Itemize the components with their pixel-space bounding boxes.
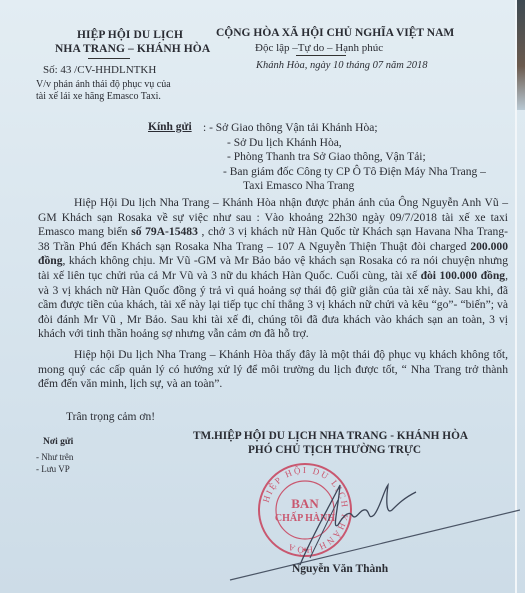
recipient-item: - Phòng Thanh tra Sở Giao thông, Vận Tải… [203, 150, 486, 165]
reference-number: Số: 43 /CV-HHDLNTKH [43, 64, 156, 76]
body-paragraph-1: Hiệp Hội Du lịch Nha Trang – Khánh Hòa n… [38, 196, 508, 342]
letter-body: Hiệp Hội Du lịch Nha Trang – Khánh Hòa n… [38, 196, 508, 398]
cc-item: - Như trên [36, 451, 73, 463]
org-line-1: HIỆP HỘI DU LỊCH [55, 28, 205, 42]
cc-list: - Như trên - Lưu VP [36, 451, 73, 475]
org-line-2: NHA TRANG – KHÁNH HÒA [55, 42, 205, 56]
org-divider [88, 58, 130, 59]
signature-role: PHÓ CHỦ TỊCH THƯỜNG TRỰC [248, 444, 421, 456]
recipients-list: : - Sở Giao thông Vận tải Khánh Hòa; - S… [203, 121, 486, 194]
recipient-item: - Ban giám đốc Công ty CP Ô Tô Điện Máy … [203, 165, 486, 180]
background-edge [517, 0, 525, 110]
recipient-item: - Sở Du lịch Khánh Hòa, [203, 136, 486, 151]
recipient-item: : - Sở Giao thông Vận tải Khánh Hòa; [203, 121, 486, 136]
recipient-item: Taxi Emasco Nha Trang [203, 179, 486, 194]
subject-line-1: V/v phản ánh thái độ phục vụ của [36, 79, 171, 91]
subject-line-2: tài xế lái xe hãng Emasco Taxi. [36, 91, 171, 103]
motto-divider [296, 55, 346, 56]
national-title: CỘNG HÒA XÃ HỘI CHỦ NGHĨA VIỆT NAM [216, 27, 454, 39]
emphasized-text: đòi 100.000 đồng [421, 269, 506, 282]
recipients-label: Kính gửi [148, 121, 192, 133]
emphasized-text: số 79A-15483 [131, 225, 198, 238]
national-motto: Độc lập –Tự do – Hạnh phúc [255, 42, 383, 54]
signature-organization: TM.HIỆP HỘI DU LỊCH NHA TRANG - KHÁNH HÒ… [193, 430, 468, 442]
issuing-organization: HIỆP HỘI DU LỊCH NHA TRANG – KHÁNH HÒA [55, 28, 205, 56]
cc-title: Nơi gửi [43, 437, 73, 447]
document-date: Khánh Hòa, ngày 10 tháng 07 năm 2018 [256, 60, 428, 71]
cc-item: - Lưu VP [36, 463, 73, 475]
subject: V/v phản ánh thái độ phục vụ của tài xế … [36, 79, 171, 103]
closing-thanks: Trân trọng cảm ơn! [66, 411, 155, 423]
body-paragraph-2: Hiệp hội Du lịch Nha Trang – Khánh Hòa t… [38, 348, 508, 392]
signer-name: Nguyễn Văn Thành [292, 563, 388, 575]
